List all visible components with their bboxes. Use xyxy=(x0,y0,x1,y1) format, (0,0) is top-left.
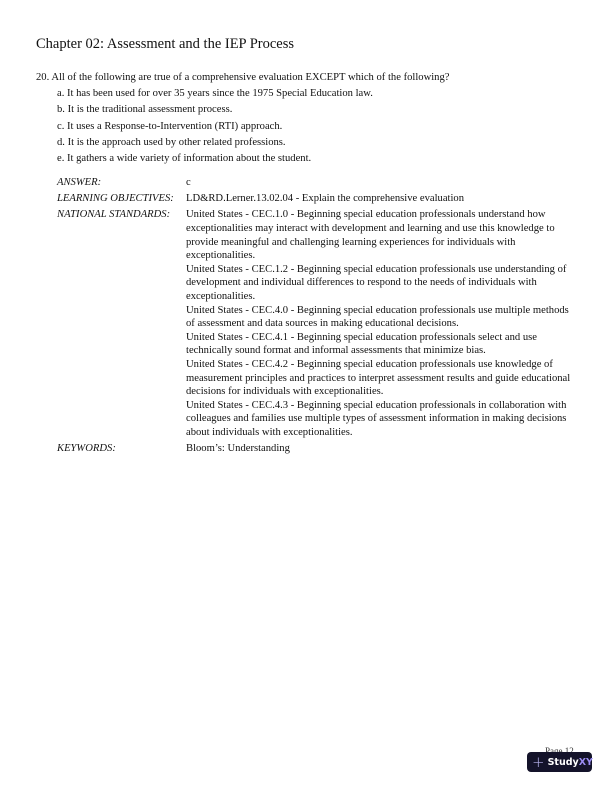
question-block: 20. All of the following are true of a c… xyxy=(36,70,596,167)
objectives-row: LEARNING OBJECTIVES: LD&RD.Lerner.13.02.… xyxy=(57,192,577,206)
brand-main: Study xyxy=(548,757,579,768)
option-c: c. It uses a Response-to-Intervention (R… xyxy=(36,119,596,135)
standard-item: United States - CEC.4.1 - Beginning spec… xyxy=(186,331,577,358)
brand-accent: XY xyxy=(579,757,593,768)
option-b: b. It is the traditional assessment proc… xyxy=(36,102,596,118)
keywords-value: Bloom’s: Understanding xyxy=(186,442,577,456)
brand-name: StudyXY xyxy=(548,757,593,768)
standard-item: United States - CEC.4.2 - Beginning spec… xyxy=(186,358,577,399)
standards-label: NATIONAL STANDARDS: xyxy=(57,208,186,439)
question-number: 20. xyxy=(36,72,49,83)
standard-item: United States - CEC.1.0 - Beginning spec… xyxy=(186,208,577,262)
standard-item: United States - CEC.4.0 - Beginning spec… xyxy=(186,304,577,331)
standard-item: United States - CEC.1.2 - Beginning spec… xyxy=(186,263,577,304)
question-text: 20. All of the following are true of a c… xyxy=(36,70,596,86)
plus-icon: + xyxy=(532,755,545,770)
option-d: d. It is the approach used by other rela… xyxy=(36,135,596,151)
standard-item: United States - CEC.4.3 - Beginning spec… xyxy=(186,399,577,440)
option-e: e. It gathers a wide variety of informat… xyxy=(36,151,596,167)
objectives-label: LEARNING OBJECTIVES: xyxy=(57,192,186,206)
answer-value: c xyxy=(186,176,577,190)
studyxy-badge[interactable]: + StudyXY xyxy=(527,752,592,772)
keywords-label: KEYWORDS: xyxy=(57,442,186,456)
objectives-value: LD&RD.Lerner.13.02.04 - Explain the comp… xyxy=(186,192,577,206)
question-metadata: ANSWER: c LEARNING OBJECTIVES: LD&RD.Ler… xyxy=(57,176,577,458)
chapter-title: Chapter 02: Assessment and the IEP Proce… xyxy=(36,36,294,53)
answer-row: ANSWER: c xyxy=(57,176,577,190)
standards-row: NATIONAL STANDARDS: United States - CEC.… xyxy=(57,208,577,439)
standards-list: United States - CEC.1.0 - Beginning spec… xyxy=(186,208,577,439)
answer-label: ANSWER: xyxy=(57,176,186,190)
question-stem: All of the following are true of a compr… xyxy=(51,72,449,83)
keywords-row: KEYWORDS: Bloom’s: Understanding xyxy=(57,442,577,456)
option-a: a. It has been used for over 35 years si… xyxy=(36,86,596,102)
